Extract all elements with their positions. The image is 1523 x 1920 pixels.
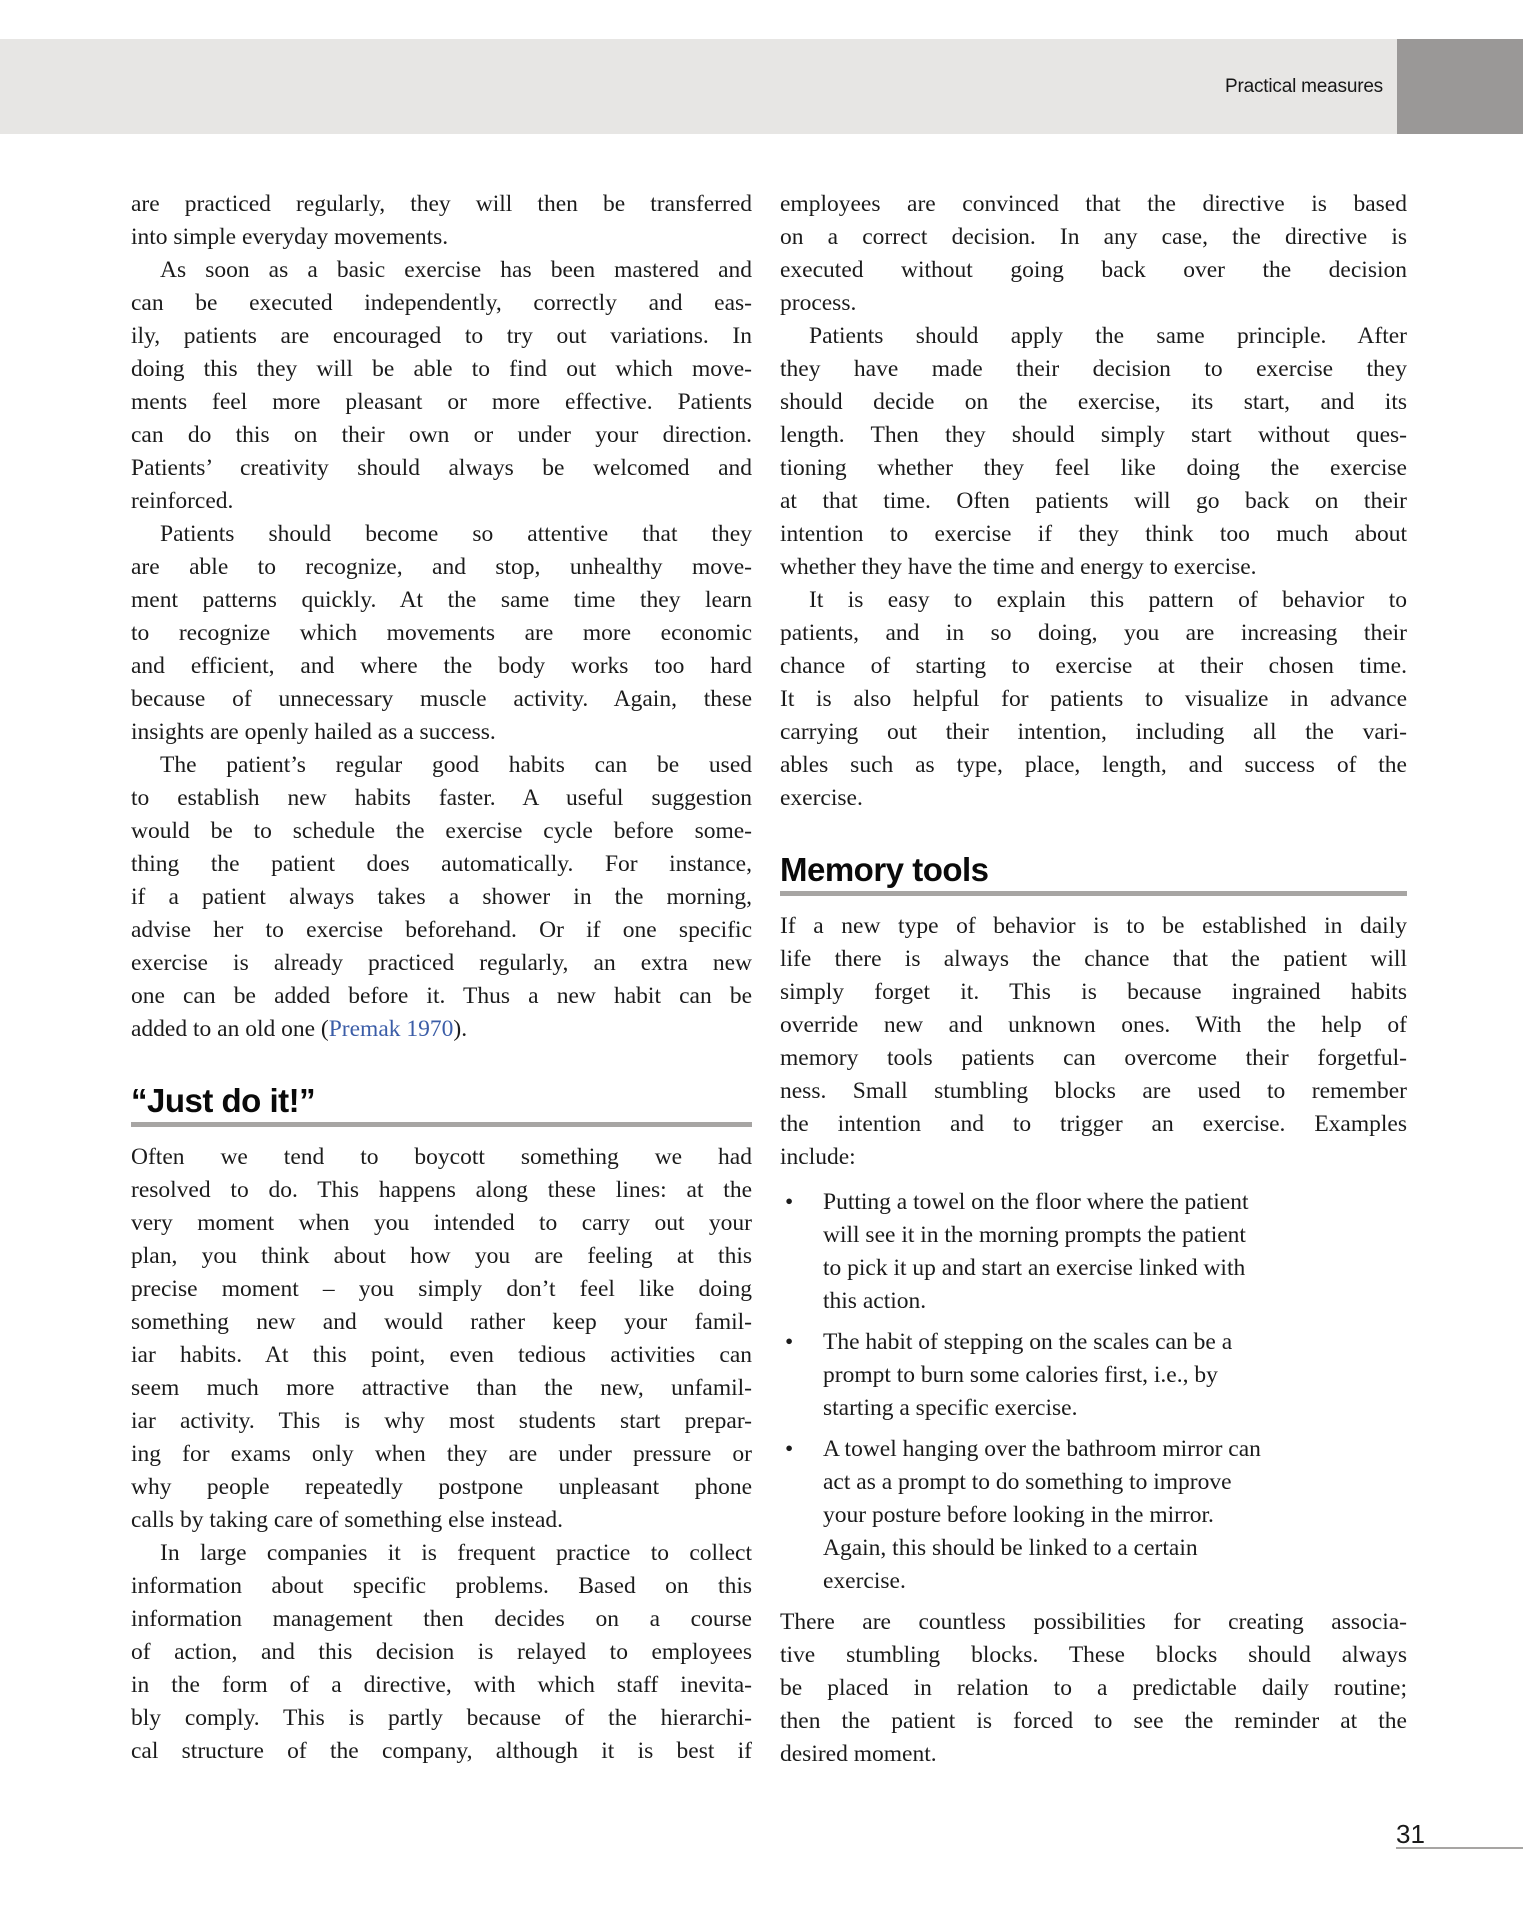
text-line: into simple everyday movements.: [131, 221, 752, 254]
body-paragraph: As soon as a basic exercise has been mas…: [131, 254, 752, 518]
text-line: desired moment.: [780, 1738, 1407, 1771]
text-line: can be executed independently, correctly…: [131, 287, 752, 320]
text-line: will see it in the morning prompts the p…: [823, 1219, 1407, 1252]
bullet-item: •A towel hanging over the bathroom mirro…: [780, 1433, 1407, 1598]
text-line: Patients should apply the same principle…: [780, 320, 1407, 353]
text-line: ing for exams only when they are under p…: [131, 1438, 752, 1471]
text-line: if a patient always takes a shower in th…: [131, 881, 752, 914]
text-line: tioning whether they feel like doing the…: [780, 452, 1407, 485]
text-line: are able to recognize, and stop, unhealt…: [131, 551, 752, 584]
running-header-title: Practical measures: [1225, 39, 1383, 134]
text-line: to establish new habits faster. A useful…: [131, 782, 752, 815]
text-line: would be to schedule the exercise cycle …: [131, 815, 752, 848]
body-paragraph: The patient’s regular good habits can be…: [131, 749, 752, 1046]
book-page: Practical measures are practiced regular…: [0, 0, 1523, 1920]
text-line: ment patterns quickly. At the same time …: [131, 584, 752, 617]
text-line: It is also helpful for patients to visua…: [780, 683, 1407, 716]
text-line: It is easy to explain this pattern of be…: [780, 584, 1407, 617]
text-line: bly comply. This is partly because of th…: [131, 1702, 752, 1735]
section-heading: Memory tools: [780, 853, 1407, 887]
text-line: The patient’s regular good habits can be…: [131, 749, 752, 782]
text-line: ness. Small stumbling blocks are used to…: [780, 1075, 1407, 1108]
text-line: A towel hanging over the bathroom mirror…: [823, 1433, 1407, 1466]
text-line: ily, patients are encouraged to try out …: [131, 320, 752, 353]
text-line: something new and would rather keep your…: [131, 1306, 752, 1339]
text-line: starting a specific exercise.: [823, 1392, 1407, 1425]
column-right: employees are convinced that the directi…: [780, 188, 1407, 1771]
text-line: doing this they will be able to find out…: [131, 353, 752, 386]
text-segment: added to an old one (: [131, 1016, 329, 1042]
text-line: Putting a towel on the floor where the p…: [823, 1186, 1407, 1219]
text-line: intention to exercise if they think too …: [780, 518, 1407, 551]
text-line: calls by taking care of something else i…: [131, 1504, 752, 1537]
body-paragraph: Patients should apply the same principle…: [780, 320, 1407, 584]
bullet-dot-icon: •: [785, 1326, 793, 1359]
page-number: 31: [1396, 1819, 1425, 1849]
text-line: be placed in relation to a predictable d…: [780, 1672, 1407, 1705]
text-line: whether they have the time and energy to…: [780, 551, 1407, 584]
text-line: exercise is already practiced regularly,…: [131, 947, 752, 980]
text-line: simply forget it. This is because ingrai…: [780, 976, 1407, 1009]
text-line: If a new type of behavior is to be estab…: [780, 910, 1407, 943]
body-paragraph: There are countless possibilities for cr…: [780, 1606, 1407, 1771]
text-line: ables such as type, place, length, and s…: [780, 749, 1407, 782]
text-line: are practiced regularly, they will then …: [131, 188, 752, 221]
text-line: in the form of a directive, with which s…: [131, 1669, 752, 1702]
body-paragraph: employees are convinced that the directi…: [780, 188, 1407, 320]
body-paragraph: Patients should become so attentive that…: [131, 518, 752, 749]
text-line: thing the patient does automatically. Fo…: [131, 848, 752, 881]
text-line: insights are openly hailed as a success.: [131, 716, 752, 749]
text-line: executed without going back over the dec…: [780, 254, 1407, 287]
bullet-dot-icon: •: [785, 1433, 793, 1466]
text-line: and efficient, and where the body works …: [131, 650, 752, 683]
text-line: advise her to exercise beforehand. Or if…: [131, 914, 752, 947]
text-line: employees are convinced that the directi…: [780, 188, 1407, 221]
header-accent-block: [1397, 39, 1523, 134]
bullet-item: •Putting a towel on the floor where the …: [780, 1186, 1407, 1318]
text-line: seem much more attractive than the new, …: [131, 1372, 752, 1405]
text-line: exercise.: [780, 782, 1407, 815]
text-line: added to an old one (Premak 1970).: [131, 1013, 752, 1046]
bullet-list: •Putting a towel on the floor where the …: [780, 1186, 1407, 1598]
body-paragraph: Often we tend to boycott something we ha…: [131, 1141, 752, 1537]
text-line: chance of starting to exercise at their …: [780, 650, 1407, 683]
text-line: resolved to do. This happens along these…: [131, 1174, 752, 1207]
text-line: one can be added before it. Thus a new h…: [131, 980, 752, 1013]
text-line: override new and unknown ones. With the …: [780, 1009, 1407, 1042]
text-line: reinforced.: [131, 485, 752, 518]
text-line: plan, you think about how you are feelin…: [131, 1240, 752, 1273]
text-line: precise moment – you simply don’t feel l…: [131, 1273, 752, 1306]
text-line: should decide on the exercise, its start…: [780, 386, 1407, 419]
text-line: patients, and in so doing, you are incre…: [780, 617, 1407, 650]
text-line: on a correct decision. In any case, the …: [780, 221, 1407, 254]
body-paragraph: are practiced regularly, they will then …: [131, 188, 752, 254]
text-line: to pick it up and start an exercise link…: [823, 1252, 1407, 1285]
text-line: tive stumbling blocks. These blocks shou…: [780, 1639, 1407, 1672]
text-line: Often we tend to boycott something we ha…: [131, 1141, 752, 1174]
body-paragraph: It is easy to explain this pattern of be…: [780, 584, 1407, 815]
text-line: Again, this should be linked to a certai…: [823, 1532, 1407, 1565]
text-line: iar activity. This is why most students …: [131, 1405, 752, 1438]
text-line: this action.: [823, 1285, 1407, 1318]
text-line: prompt to burn some calories first, i.e.…: [823, 1359, 1407, 1392]
text-line: act as a prompt to do something to impro…: [823, 1466, 1407, 1499]
text-line: length. Then they should simply start wi…: [780, 419, 1407, 452]
body-paragraph: If a new type of behavior is to be estab…: [780, 910, 1407, 1174]
heading-rule: [131, 1122, 752, 1127]
text-line: cal structure of the company, although i…: [131, 1735, 752, 1768]
text-line: carrying out their intention, including …: [780, 716, 1407, 749]
text-line: information management then decides on a…: [131, 1603, 752, 1636]
text-line: the intention and to trigger an exercise…: [780, 1108, 1407, 1141]
text-line: Patients should become so attentive that…: [131, 518, 752, 551]
text-line: then the patient is forced to see the re…: [780, 1705, 1407, 1738]
text-line: because of unnecessary muscle activity. …: [131, 683, 752, 716]
text-line: to recognize which movements are more ec…: [131, 617, 752, 650]
text-line: at that time. Often patients will go bac…: [780, 485, 1407, 518]
bullet-item: •The habit of stepping on the scales can…: [780, 1326, 1407, 1425]
text-line: In large companies it is frequent practi…: [131, 1537, 752, 1570]
column-left: are practiced regularly, they will then …: [131, 188, 752, 1768]
text-line: why people repeatedly postpone unpleasan…: [131, 1471, 752, 1504]
text-line: memory tools patients can overcome their…: [780, 1042, 1407, 1075]
text-line: include:: [780, 1141, 1407, 1174]
text-line: life there is always the chance that the…: [780, 943, 1407, 976]
text-line: they have made their decision to exercis…: [780, 353, 1407, 386]
heading-rule: [780, 891, 1407, 896]
text-line: can do this on their own or under your d…: [131, 419, 752, 452]
citation-link[interactable]: Premak 1970: [329, 1016, 454, 1042]
page-header-band: [0, 39, 1397, 134]
text-line: exercise.: [823, 1565, 1407, 1598]
text-line: Patients’ creativity should always be we…: [131, 452, 752, 485]
text-line: The habit of stepping on the scales can …: [823, 1326, 1407, 1359]
page-number-rule: 31: [1396, 1822, 1523, 1849]
body-paragraph: In large companies it is frequent practi…: [131, 1537, 752, 1768]
text-line: ments feel more pleasant or more effecti…: [131, 386, 752, 419]
text-line: As soon as a basic exercise has been mas…: [131, 254, 752, 287]
text-line: your posture before looking in the mirro…: [823, 1499, 1407, 1532]
text-line: of action, and this decision is relayed …: [131, 1636, 752, 1669]
text-line: iar habits. At this point, even tedious …: [131, 1339, 752, 1372]
text-line: process.: [780, 287, 1407, 320]
text-segment: ).: [453, 1016, 467, 1042]
text-line: There are countless possibilities for cr…: [780, 1606, 1407, 1639]
bullet-dot-icon: •: [785, 1186, 793, 1219]
text-line: very moment when you intended to carry o…: [131, 1207, 752, 1240]
section-heading: “Just do it!”: [131, 1084, 752, 1118]
text-line: information about specific problems. Bas…: [131, 1570, 752, 1603]
